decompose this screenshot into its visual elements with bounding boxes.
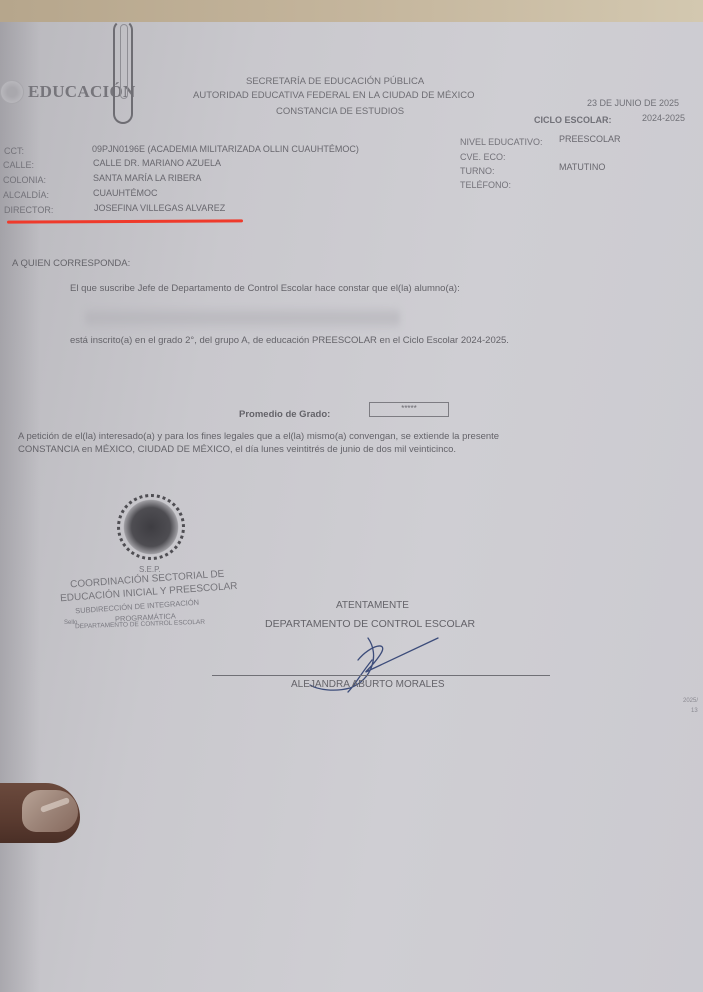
student-name-redacted — [85, 307, 400, 329]
field-value-director: JOSEFINA VILLEGAS ALVAREZ — [94, 203, 225, 213]
salutation: A QUIEN CORRESPONDA: — [12, 258, 130, 269]
field-label: TURNO: — [460, 166, 495, 176]
closing-line-1: A petición de el(la) interesado(a) y par… — [18, 431, 499, 442]
ciclo-value: 2024-2025 — [642, 113, 685, 123]
atentamente: ATENTAMENTE — [336, 600, 409, 611]
field-label: CCT: — [4, 146, 24, 156]
fingernail — [22, 790, 78, 832]
ciclo-label: CICLO ESCOLAR: — [534, 115, 612, 125]
field-label: TELÉFONO: — [460, 180, 511, 190]
grade-value-box: ***** — [369, 402, 449, 417]
signature-line — [212, 675, 550, 676]
signatory-name: ALEJANDRA ABURTO MORALES — [291, 679, 445, 690]
signature-department: DEPARTAMENTO DE CONTROL ESCOLAR — [265, 618, 475, 630]
field-value-alcaldia: CUAUHTÉMOC — [93, 188, 158, 198]
header-line-2: AUTORIDAD EDUCATIVA FEDERAL EN LA CIUDAD… — [193, 90, 475, 101]
field-value-colonia: SANTA MARÍA LA RIBERA — [93, 173, 201, 183]
grade-label: Promedio de Grado: — [239, 409, 330, 420]
national-seal-icon — [120, 497, 182, 557]
field-label: ALCALDÍA: — [3, 190, 49, 200]
field-label: CALLE: — [3, 160, 34, 170]
closing-line-2: CONSTANCIA en MÉXICO, CIUDAD DE MÉXICO, … — [18, 444, 456, 455]
field-label: CVE. ECO: — [460, 152, 506, 162]
header-line-1: SECRETARÍA DE EDUCACIÓN PÚBLICA — [246, 76, 424, 87]
field-label: NIVEL EDUCATIVO: — [460, 137, 543, 147]
document-title: CONSTANCIA DE ESTUDIOS — [276, 106, 404, 117]
field-label: COLONIA: — [3, 175, 46, 185]
mexico-seal-icon — [0, 80, 24, 104]
field-value-turno: MATUTINO — [559, 162, 605, 172]
paper-clip-inner — [120, 24, 128, 99]
field-value-cct: 09PJN0196E (ACADEMIA MILITARIZADA OLLIN … — [92, 144, 359, 154]
issue-date: 23 DE JUNIO DE 2025 — [587, 98, 679, 108]
field-value-nivel: PREESCOLAR — [559, 134, 621, 144]
field-value-calle: CALLE DR. MARIANO AZUELA — [93, 158, 221, 168]
intro-paragraph: El que suscribe Jefe de Departamento de … — [70, 283, 460, 294]
field-label: DIRECTOR: — [4, 205, 53, 215]
edge-mark: 13 — [691, 708, 698, 714]
edge-mark: 2025/ — [683, 698, 698, 704]
enrollment-paragraph: está inscrito(a) en el grado 2°, del gru… — [70, 335, 509, 346]
